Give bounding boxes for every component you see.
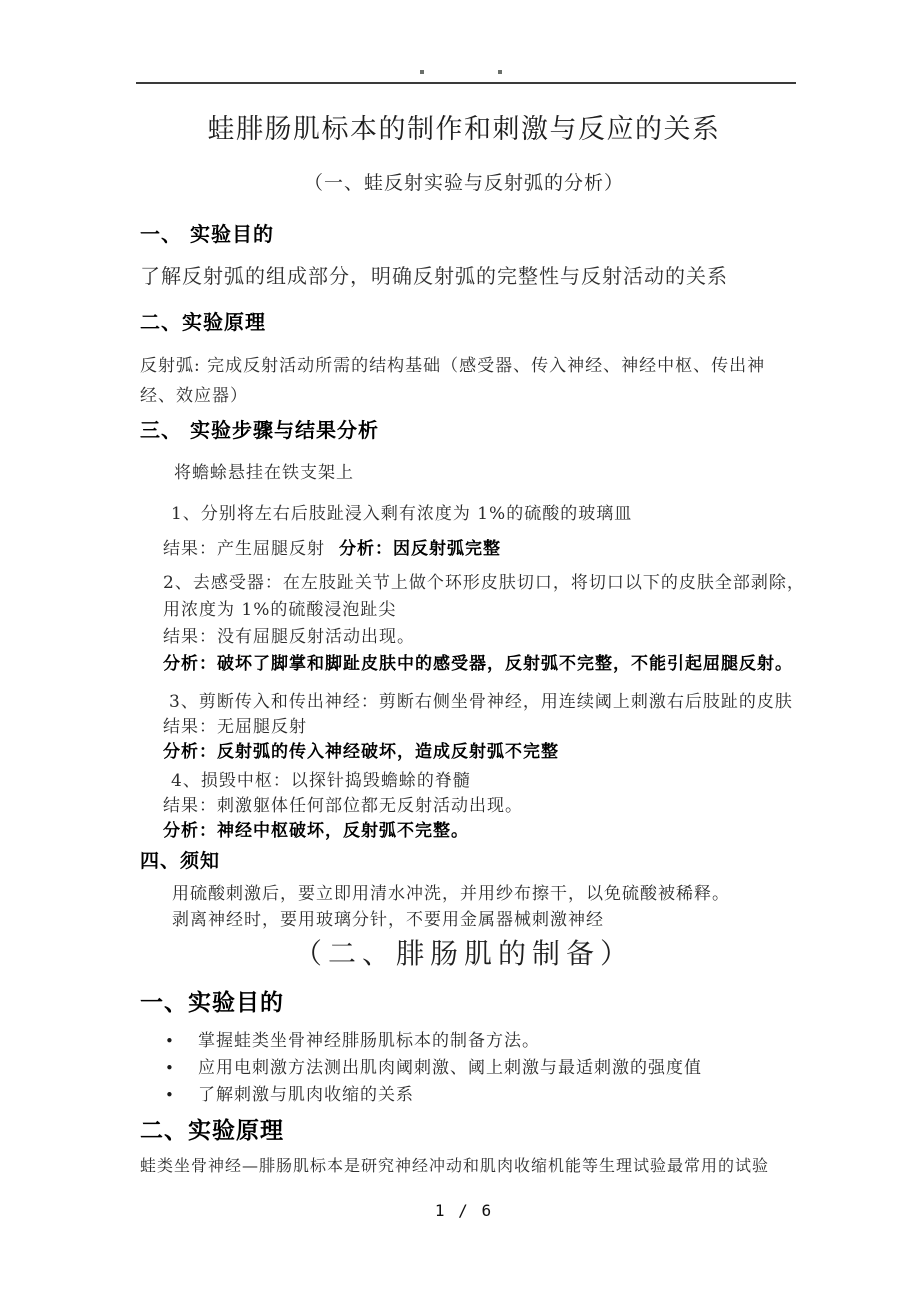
- document-subtitle: （一、蛙反射实验与反射弧的分析）: [140, 168, 788, 198]
- step-3-analysis: 分析：反射弧的传入神经破坏，造成反射弧不完整: [163, 740, 788, 765]
- step-1-result: 结果：产生屈腿反射: [163, 539, 325, 559]
- step-2-block: 2、去感受器：在左肢趾关节上做个环形皮肤切口，将切口以下的皮肤全部剥除， 用浓度…: [163, 570, 788, 678]
- step-3-block: 3、剪断传入和传出神经：剪断右侧坐骨神经，用连续阈上刺激右后肢趾的皮肤 结果：无…: [163, 690, 788, 765]
- list-item: •了解刺激与肌肉收缩的关系: [140, 1082, 788, 1109]
- step-4-block: 4、损毁中枢：以探针捣毁蟾蜍的脊髓 结果：刺激躯体任何部位都无反射活动出现。 分…: [163, 769, 788, 844]
- bullet-icon: •: [140, 1082, 198, 1109]
- principle-line-2: 经、效应器）: [140, 381, 788, 411]
- document-page: 蛙腓肠肌标本的制作和刺激与反应的关系 （一、蛙反射实验与反射弧的分析） 一、 实…: [0, 0, 920, 1302]
- step-2-analysis: 分析：破坏了脚掌和脚趾皮肤中的感受器，反射弧不完整，不能引起屈腿反射。: [163, 651, 788, 678]
- document-title: 蛙腓肠肌标本的制作和刺激与反应的关系: [140, 110, 788, 150]
- section-4-heading: 四、须知: [140, 848, 788, 875]
- step-4-text: 4、损毁中枢：以探针捣毁蟾蜍的脊髓: [163, 769, 788, 794]
- notes-line-2: 剥离神经时，要用玻璃分针，不要用金属器械刺激神经: [172, 907, 788, 933]
- section-2-heading: 二、实验原理: [140, 308, 788, 336]
- page-number: 1 / 6: [140, 1200, 788, 1222]
- header-dot-icon: [498, 70, 502, 74]
- principle-line-1: 反射弧: 完成反射活动所需的结构基础（感受器、传入神经、神经中枢、传出神: [140, 351, 788, 381]
- section-3-heading: 三、 实验步骤与结果分析: [140, 416, 788, 444]
- part2-section-2-heading: 二、实验原理: [140, 1116, 788, 1147]
- step-3-result: 结果：无屈腿反射: [163, 715, 788, 740]
- step-1-result-line: 结果：产生屈腿反射分析：因反射弧完整: [163, 537, 788, 561]
- document-content: 蛙腓肠肌标本的制作和刺激与反应的关系 （一、蛙反射实验与反射弧的分析） 一、 实…: [140, 96, 788, 1222]
- step-2-result: 结果：没有屈腿反射活动出现。: [163, 624, 788, 651]
- section-2-body: 反射弧: 完成反射活动所需的结构基础（感受器、传入神经、神经中枢、传出神 经、效…: [140, 351, 788, 411]
- notes-line-1: 用硫酸刺激后，要立即用清水冲洗，并用纱布擦干，以免硫酸被稀释。: [172, 881, 788, 907]
- bullet-icon: •: [140, 1028, 198, 1055]
- section-1-heading: 一、 实验目的: [140, 220, 788, 248]
- step-1-text: 1、分别将左右后肢趾浸入剩有浓度为 1%的硫酸的玻璃皿: [163, 502, 788, 526]
- experiment-steps: 将蟾蜍悬挂在铁支架上 1、分别将左右后肢趾浸入剩有浓度为 1%的硫酸的玻璃皿 结…: [163, 461, 788, 844]
- section-4-body: 用硫酸刺激后，要立即用清水冲洗，并用纱布擦干，以免硫酸被稀释。 剥离神经时，要用…: [172, 881, 788, 933]
- bullet-text: 掌握蛙类坐骨神经腓肠肌标本的制备方法。: [198, 1031, 540, 1051]
- part2-section-2-body: 蛙类坐骨神经—腓肠肌标本是研究神经冲动和肌肉收缩机能等生理试验最常用的试验: [140, 1154, 788, 1178]
- step-2-text-line-2: 用浓度为 1%的硫酸浸泡趾尖: [163, 597, 788, 624]
- steps-intro: 将蟾蜍悬挂在铁支架上: [163, 461, 788, 485]
- part2-section-1-heading: 一、实验目的: [140, 988, 788, 1019]
- bullet-icon: •: [140, 1055, 198, 1082]
- step-4-analysis: 分析：神经中枢破坏，反射弧不完整。: [163, 819, 788, 844]
- list-item: •应用电刺激方法测出肌肉阈刺激、阈上刺激与最适刺激的强度值: [140, 1055, 788, 1082]
- section-1-body: 了解反射弧的组成部分，明确反射弧的完整性与反射活动的关系: [140, 262, 788, 290]
- list-item: •掌握蛙类坐骨神经腓肠肌标本的制备方法。: [140, 1028, 788, 1055]
- step-1-analysis: 分析：因反射弧完整: [339, 539, 501, 559]
- header-rule: [136, 82, 796, 84]
- step-2-text-line-1: 2、去感受器：在左肢趾关节上做个环形皮肤切口，将切口以下的皮肤全部剥除，: [163, 570, 788, 597]
- purpose-bullet-list: •掌握蛙类坐骨神经腓肠肌标本的制备方法。 •应用电刺激方法测出肌肉阈刺激、阈上刺…: [140, 1028, 788, 1109]
- bullet-text: 了解刺激与肌肉收缩的关系: [198, 1085, 414, 1105]
- step-4-result: 结果：刺激躯体任何部位都无反射活动出现。: [163, 794, 788, 819]
- step-3-text: 3、剪断传入和传出神经：剪断右侧坐骨神经，用连续阈上刺激右后肢趾的皮肤: [163, 690, 788, 715]
- bullet-text: 应用电刺激方法测出肌肉阈刺激、阈上刺激与最适刺激的强度值: [198, 1058, 702, 1078]
- header-dot-icon: [420, 70, 424, 74]
- part-2-title: （二、腓肠肌的制备）: [140, 935, 788, 973]
